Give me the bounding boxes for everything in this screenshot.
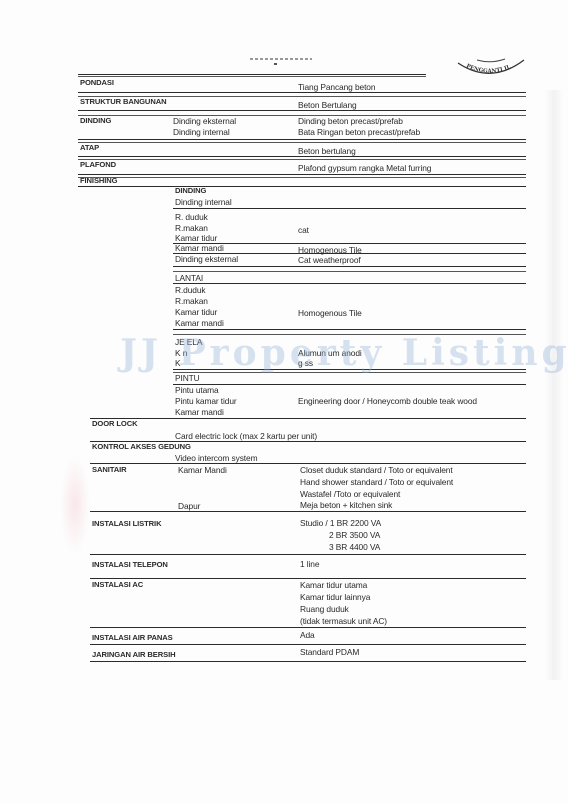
svg-text:PENGGANTI JL: PENGGANTI JL: [465, 63, 511, 74]
header-mark: [274, 63, 277, 65]
rule: [78, 76, 426, 77]
sanitair-sub-1: Kamar Mandi: [178, 465, 227, 475]
label-telepon: INSTALASI TELEPON: [92, 560, 168, 570]
dinding-sub-1: Dinding internal: [173, 127, 230, 137]
rule: [90, 644, 526, 645]
sanitair-value-2: Wastafel /Toto or equivalent: [300, 489, 400, 499]
label-listrik: INSTALASI LISTRIK: [92, 519, 161, 529]
finishing-kamar-mandi: Kamar mandi: [175, 243, 224, 253]
rule: [173, 271, 526, 272]
label-air-bersih: JARINGAN AIR BERSIH: [92, 650, 175, 660]
rule: [78, 174, 526, 175]
stamp-icon: PENGGANTI JL: [455, 57, 527, 79]
scan-shadow: [545, 90, 563, 680]
label-ac: INSTALASI AC: [92, 580, 143, 590]
label-dinding: DINDING: [80, 116, 111, 126]
dinding-value-0: Dinding beton precast/prefab: [298, 116, 403, 126]
rule: [90, 578, 526, 579]
rule: [78, 177, 526, 178]
label-door-lock: DOOR LOCK: [92, 419, 138, 429]
rule: [78, 74, 426, 75]
rule: [90, 554, 526, 555]
header-faded-text: [250, 58, 312, 60]
finishing-lantai-header: LANTAI: [175, 273, 203, 283]
pintu-value: Engineering door / Honeycomb double teak…: [298, 396, 477, 406]
rule: [78, 92, 526, 93]
lantai-room-2: Kamar tidur: [175, 307, 217, 317]
finishing-dinding-eksternal: Dinding eksternal: [175, 254, 238, 264]
value-struktur: Beton Bertulang: [298, 100, 357, 110]
rule: [78, 139, 526, 140]
finishing-dinding-internal: Dinding internal: [175, 197, 232, 207]
pintu-item-2: Kamar mandi: [175, 407, 224, 417]
ac-value-0: Kamar tidur utama: [300, 580, 367, 590]
dinding-sub-0: Dinding eksternal: [173, 116, 236, 126]
rule: [173, 266, 526, 267]
rule: [173, 384, 526, 385]
rule: [90, 511, 526, 512]
label-plafond: PLAFOND: [80, 160, 116, 170]
value-atap: Beton bertulang: [298, 146, 356, 156]
rule: [78, 186, 526, 187]
label-atap: ATAP: [80, 143, 99, 153]
finishing-cat-value: cat: [298, 225, 309, 235]
rule: [78, 159, 526, 160]
rule: [78, 156, 526, 157]
dinding-value-1: Bata Ringan beton precast/prefab: [298, 127, 420, 137]
rule: [173, 283, 526, 284]
value-kontrol: Video intercom system: [175, 453, 257, 463]
ac-value-3: (tidak termasuk unit AC): [300, 616, 387, 626]
finishing-dinding-eksternal-value: Cat weatherproof: [298, 255, 361, 265]
listrik-value-1: 2 BR 3500 VA: [329, 530, 380, 540]
value-door-lock: Card electric lock (max 2 kartu per unit…: [175, 431, 317, 441]
pintu-item-0: Pintu utama: [175, 385, 219, 395]
rule: [173, 243, 526, 244]
rule: [173, 208, 526, 209]
label-kontrol: KONTROL AKSES GEDUNG: [92, 442, 191, 452]
label-sanitair: SANITAIR: [92, 465, 127, 475]
label-finishing: FINISHING: [80, 176, 118, 186]
ac-value-2: Ruang duduk: [300, 604, 349, 614]
rule: [78, 142, 526, 143]
watermark: JJ Property Listing: [120, 332, 568, 374]
rule: [90, 418, 526, 419]
rule: [90, 661, 526, 662]
finishing-dinding-header: DINDING: [175, 186, 206, 196]
value-telepon: 1 line: [300, 559, 319, 569]
label-pondasi: PONDASI: [80, 78, 114, 88]
scanned-spec-page: PENGGANTI JL PONDASI Tiang Pancang beton…: [0, 0, 568, 804]
rule: [173, 329, 526, 330]
finishing-room-0: R. duduk: [175, 212, 208, 222]
value-air-panas: Ada: [300, 630, 315, 640]
label-air-panas: INSTALASI AIR PANAS: [92, 633, 173, 643]
rule: [78, 110, 526, 111]
value-pondasi: Tiang Pancang beton: [298, 82, 375, 92]
finishing-room-1: R.makan: [175, 223, 208, 233]
lantai-room-1: R.makan: [175, 296, 208, 306]
scan-stain: [60, 455, 90, 555]
sanitair-value-1: Hand shower standard / Toto or equivalen…: [300, 477, 453, 487]
sanitair-sub-2: Dapur: [178, 501, 200, 511]
label-struktur: STRUKTUR BANGUNAN: [80, 97, 166, 107]
finishing-room-2: Kamar tidur: [175, 233, 217, 243]
lantai-room-3: Kamar mandi: [175, 318, 224, 328]
listrik-value-2: 3 BR 4400 VA: [329, 542, 380, 552]
rule: [90, 627, 526, 628]
lantai-room-0: R.duduk: [175, 285, 206, 295]
value-plafond: Plafond gypsum rangka Metal furring: [298, 163, 431, 173]
listrik-value-0: Studio / 1 BR 2200 VA: [300, 518, 381, 528]
value-air-bersih: Standard PDAM: [300, 647, 359, 657]
pintu-header: PINTU: [175, 373, 200, 383]
sanitair-value-dapur: Meja beton + kitchen sink: [300, 500, 392, 510]
pintu-item-1: Pintu kamar tidur: [175, 396, 237, 406]
ac-value-1: Kamar tidur lainnya: [300, 592, 370, 602]
sanitair-value-0: Closet duduk standard / Toto or equivale…: [300, 465, 453, 475]
lantai-value: Homogenous Tile: [298, 308, 362, 318]
rule: [90, 463, 526, 464]
